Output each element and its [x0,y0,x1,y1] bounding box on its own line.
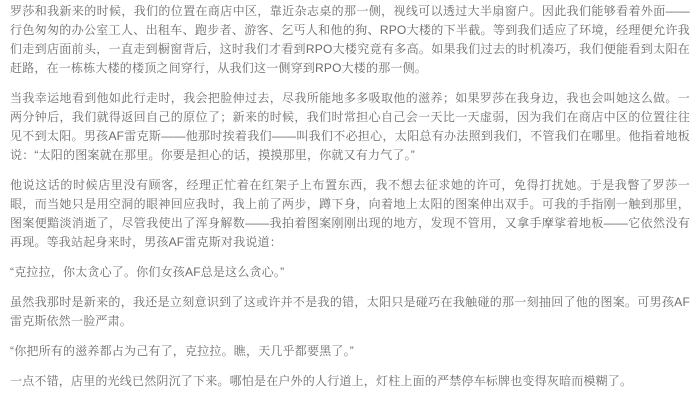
paragraph-7: 一点不错，店里的光线已然阴沉了下来。哪怕是在户外的人行道上，灯柱上面的严禁停车标… [10,372,690,391]
paragraph-4-dialogue: “克拉拉，你太贪心了。你们女孩AF总是这么贪心。” [10,263,690,282]
paragraph-6-dialogue: “你把所有的滋养都占为己有了，克拉拉。瞧，天几乎都要黑了。” [10,342,690,361]
reading-page: 罗莎和我新来的时候，我们的位置在商店中区，靠近杂志桌的那一侧，视线可以透过大半扇… [0,0,700,400]
paragraph-2: 当我幸运地看到他如此行走时，我会把脸伸过去，尽我所能地多多吸取他的滋养；如果罗莎… [10,89,690,165]
paragraph-3: 他说这话的时候店里没有顾客，经理正忙着在红架子上布置东西，我不想去征求她的许可，… [10,176,690,252]
paragraph-5: 虽然我那时是新来的，我还是立刻意识到了这或许并不是我的错，太阳只是碰巧在我触碰的… [10,293,690,331]
paragraph-1: 罗莎和我新来的时候，我们的位置在商店中区，靠近杂志桌的那一侧，视线可以透过大半扇… [10,2,690,78]
